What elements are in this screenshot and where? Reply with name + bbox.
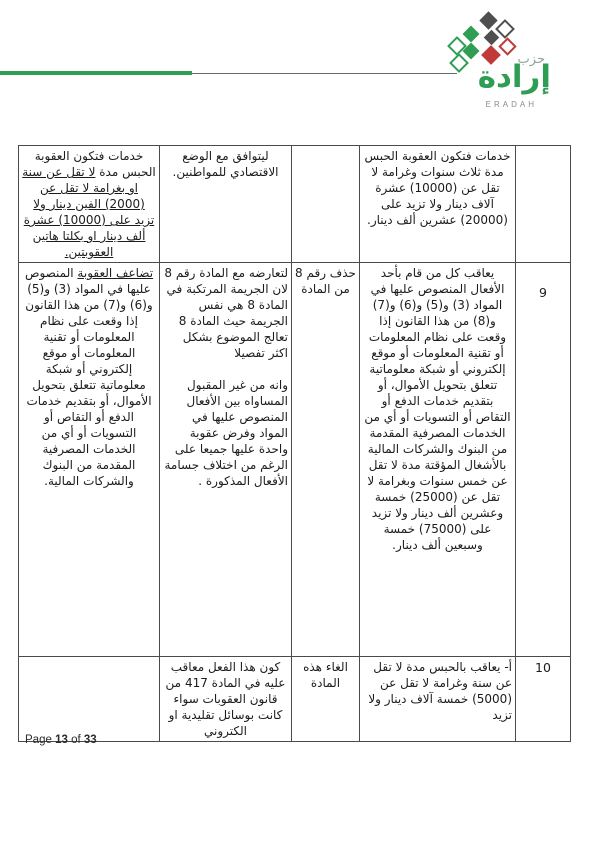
justification-paragraph: وانه من غير المقبول المساواه بين الأفعال… [163, 377, 288, 489]
justification-paragraph: لتعارضه مع المادة رقم 8 لان الجريمة المر… [163, 265, 288, 361]
footer-total-pages: 33 [84, 734, 97, 746]
cell-amended-text: خدمات فتكون العقوبة الحبس مدة ثلاث سنوات… [360, 146, 516, 263]
amendments-table: خدمات فتكون العقوبة الحبس مدة ثلاث سنوات… [18, 145, 571, 742]
logo-name-latin: ERADAH [486, 100, 537, 109]
table-row: 9 يعاقب كل من قام بأحد الأفعال المنصوص ع… [19, 263, 571, 657]
table-row: 10 أ- يعاقب بالحبس مدة لا تقل عن سنة وغر… [19, 657, 571, 742]
logo-diamond-icon [449, 53, 469, 73]
cell-amended-text: أ- يعاقب بالحبس مدة لا تقل عن سنة وغرامة… [360, 657, 516, 742]
cell-proposal: خدمات فتكون العقوبة الحبس مدة لا تقل عن … [19, 146, 160, 263]
document-page: حزب إرادة ERADAH خدمات فتكون العقوبة الح… [0, 0, 595, 841]
cell-amended-text: يعاقب كل من قام بأحد الأفعال المنصوص علي… [360, 263, 516, 657]
justification-paragraph: ليتوافق مع الوضع الاقتصادي للمواطنين. [163, 148, 288, 180]
footer-page-number: 13 [55, 734, 68, 746]
cell-action: حذف رقم 8 من المادة [292, 263, 360, 657]
cell-justification: ليتوافق مع الوضع الاقتصادي للمواطنين. [160, 146, 292, 263]
logo-diamond-icon [498, 37, 516, 55]
proposal-text-underlined: تضاعف العقوبة [77, 266, 153, 280]
page-footer: Page 13 of 33 [25, 734, 97, 746]
cell-action: الغاء هذه المادة [292, 657, 360, 742]
footer-label-of: of [71, 734, 81, 746]
cell-proposal: تضاعف العقوبة المنصوص عليها في المواد (3… [19, 263, 160, 657]
header-rule-gray [192, 73, 457, 74]
cell-article-number: 9 [516, 263, 571, 657]
cell-justification: لتعارضه مع المادة رقم 8 لان الجريمة المر… [160, 263, 292, 657]
cell-action [292, 146, 360, 263]
cell-article-number [516, 146, 571, 263]
justification-paragraph: كون هذا الفعل معاقب عليه في المادة 417 م… [163, 659, 288, 739]
eradah-logo: حزب إرادة ERADAH [436, 12, 551, 117]
header-rule-green [0, 71, 192, 75]
logo-diamond-icon [463, 26, 480, 43]
logo-diamond-icon [479, 11, 497, 29]
proposal-text-underlined: لا تقل عن سنة او بغرامة لا تقل عن (2000)… [22, 165, 154, 259]
cell-article-number: 10 [516, 657, 571, 742]
cell-justification: كون هذا الفعل معاقب عليه في المادة 417 م… [160, 657, 292, 742]
table-row: خدمات فتكون العقوبة الحبس مدة ثلاث سنوات… [19, 146, 571, 263]
proposal-text: المنصوص عليها في المواد (3) و(5) و(6) و(… [25, 266, 153, 488]
cell-proposal [19, 657, 160, 742]
logo-diamond-icon [484, 30, 500, 46]
footer-label-page: Page [25, 734, 52, 746]
logo-name-arabic: إرادة [478, 60, 551, 94]
